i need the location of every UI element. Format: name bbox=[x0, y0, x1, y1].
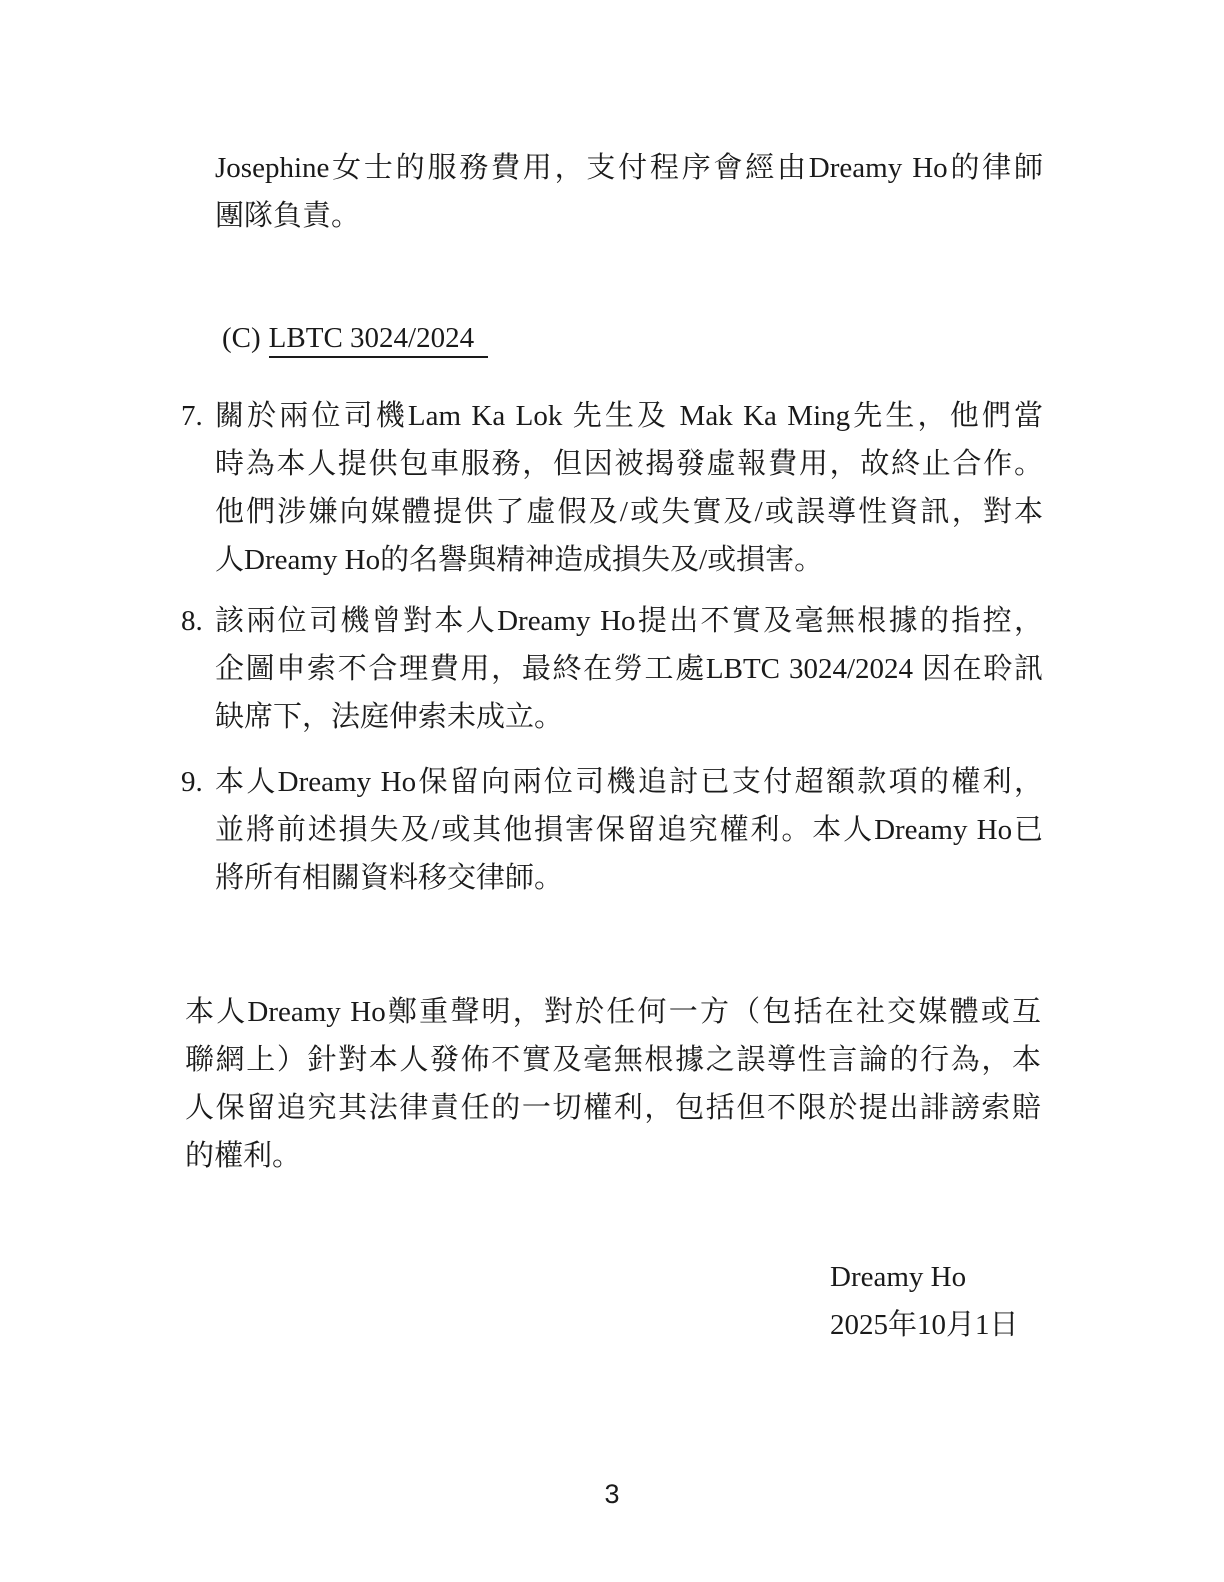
list-item-9: 9. 本人Dreamy Ho保留向兩位司機追討已支付超額款項的權利， 並將前述損… bbox=[215, 758, 1043, 902]
text-line: 人保留追究其法律責任的一切權利，包括但不限於提出誹謗索賠 bbox=[185, 1084, 1041, 1132]
list-item-7: 7. 關於兩位司機Lam Ka Lok 先生及 Mak Ka Ming先生，他們… bbox=[215, 392, 1043, 584]
text-line: 聯網上）針對本人發佈不實及毫無根據之誤導性言論的行為，本 bbox=[185, 1036, 1041, 1084]
item-number: 8. bbox=[181, 597, 215, 645]
section-c-label: (C) bbox=[222, 320, 261, 356]
document-page: Josephine女士的服務費用，支付程序會經由Dreamy Ho的律師 團隊負… bbox=[0, 0, 1224, 1582]
section-c-heading: (C)LBTC 3024/2024 bbox=[222, 320, 488, 358]
page-number: 3 bbox=[0, 1474, 1224, 1514]
text-line: Josephine女士的服務費用，支付程序會經由Dreamy Ho的律師 bbox=[215, 144, 1043, 192]
intro-paragraph: Josephine女士的服務費用，支付程序會經由Dreamy Ho的律師 團隊負… bbox=[215, 144, 1043, 240]
text-line: 將所有相關資料移交律師。 bbox=[215, 854, 1043, 902]
text-line: 的權利。 bbox=[185, 1132, 1041, 1180]
text-line: 並將前述損失及/或其他損害保留追究權利。本人Dreamy Ho已 bbox=[215, 806, 1043, 854]
item-number: 7. bbox=[181, 392, 215, 440]
text-line: 本人Dreamy Ho鄭重聲明，對於任何一方（包括在社交媒體或互 bbox=[185, 988, 1041, 1036]
signature-block: Dreamy Ho 2025年10月1日 bbox=[830, 1253, 1019, 1349]
text-line: 時為本人提供包車服務，但因被揭發虛報費用，故終止合作。 bbox=[215, 440, 1043, 488]
text-line: 本人Dreamy Ho保留向兩位司機追討已支付超額款項的權利， bbox=[215, 758, 1043, 806]
text-line: 團隊負責。 bbox=[215, 192, 1043, 240]
section-c-title: LBTC 3024/2024 bbox=[269, 320, 488, 358]
text-line: 關於兩位司機Lam Ka Lok 先生及 Mak Ka Ming先生，他們當 bbox=[215, 392, 1043, 440]
text-line: 該兩位司機曾對本人Dreamy Ho提出不實及毫無根據的指控， bbox=[215, 597, 1043, 645]
list-item-8: 8. 該兩位司機曾對本人Dreamy Ho提出不實及毫無根據的指控， 企圖申索不… bbox=[215, 597, 1043, 741]
text-line: 人Dreamy Ho的名譽與精神造成損失及/或損害。 bbox=[215, 536, 1043, 584]
text-line: 缺席下，法庭伸索未成立。 bbox=[215, 693, 1043, 741]
item-number: 9. bbox=[181, 758, 215, 806]
text-line: 企圖申索不合理費用，最終在勞工處LBTC 3024/2024 因在聆訊 bbox=[215, 645, 1043, 693]
text-line: 他們涉嫌向媒體提供了虛假及/或失實及/或誤導性資訊，對本 bbox=[215, 488, 1043, 536]
signature-name: Dreamy Ho bbox=[830, 1253, 1019, 1301]
signature-date: 2025年10月1日 bbox=[830, 1301, 1019, 1349]
closing-paragraph: 本人Dreamy Ho鄭重聲明，對於任何一方（包括在社交媒體或互 聯網上）針對本… bbox=[185, 988, 1041, 1180]
